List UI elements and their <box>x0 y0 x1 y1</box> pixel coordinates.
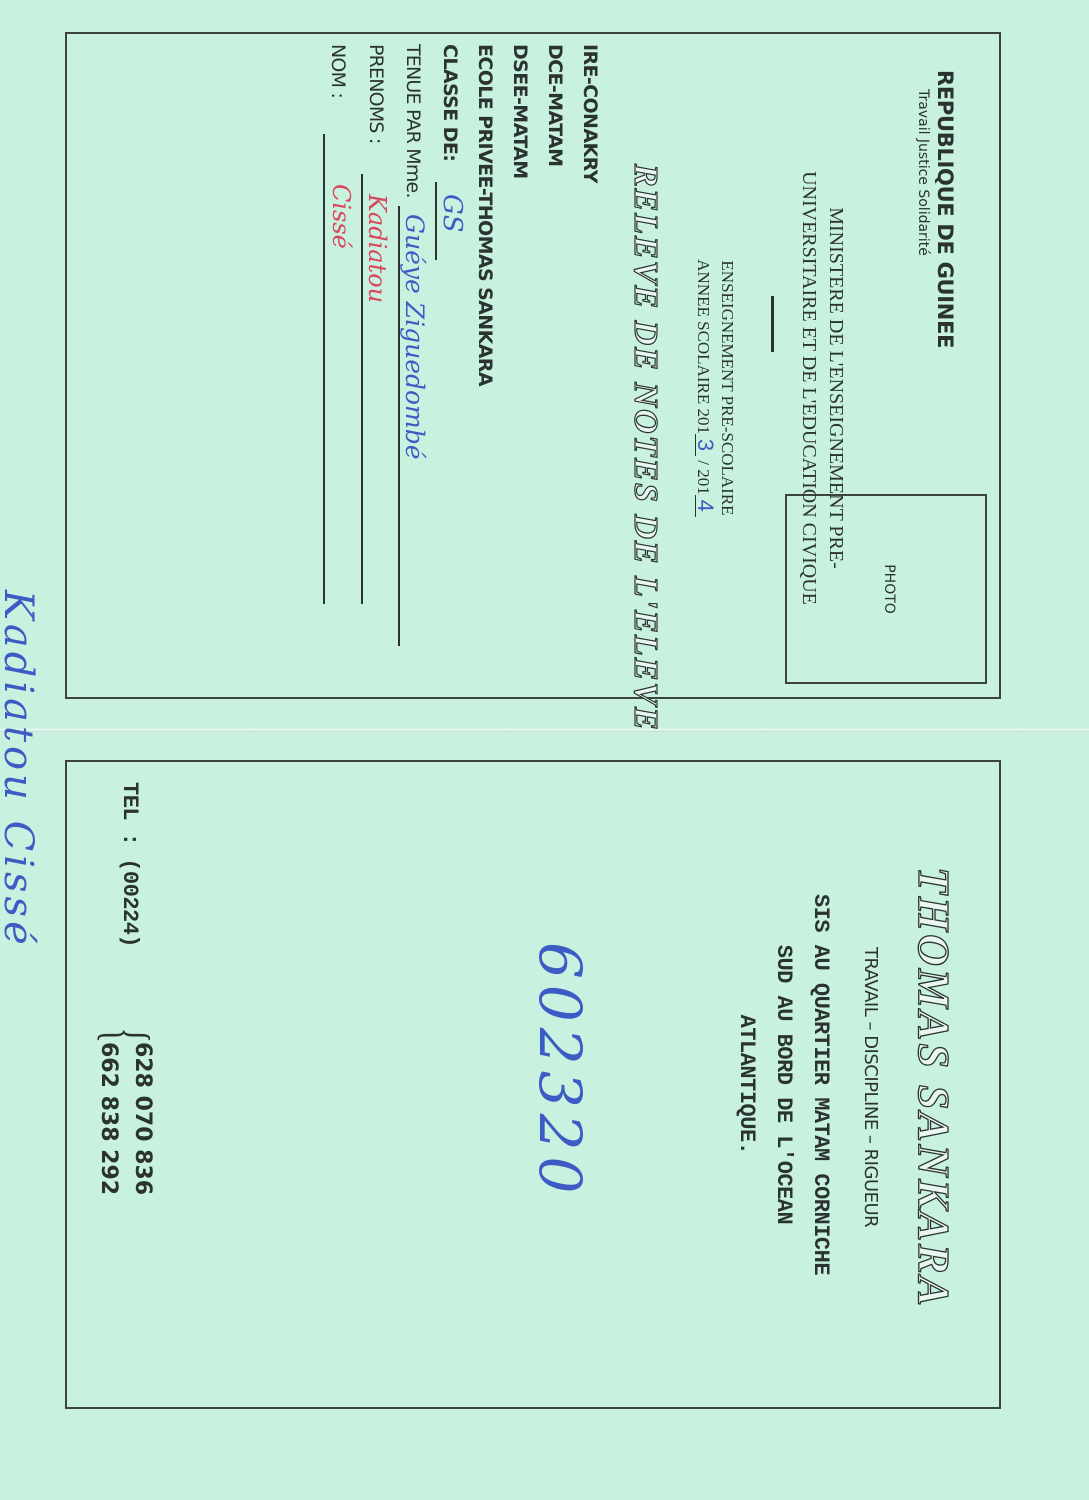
scanned-report-card: REPUBLIQUE DE GUINEE Travail Justice Sol… <box>0 0 1089 1500</box>
authority-dsee: DSEE-MATAM <box>509 44 531 179</box>
handwritten-code: 602320 <box>526 942 594 1199</box>
teaching-level-block: ENSEIGNEMENT PRE-SCOLAIRE ANNEE SCOLAIRE… <box>691 108 739 668</box>
address-line-1: SIS AU QUARTIER MATAM CORNICHE <box>802 772 839 1397</box>
address-line-2: SUD AU BORD DE L'OCEAN <box>765 772 802 1397</box>
school-address: SIS AU QUARTIER MATAM CORNICHE SUD AU BO… <box>728 772 839 1397</box>
ministry-line-2: UNIVERSITAIRE ET DE L'EDUCATION CIVIQUE <box>795 108 822 668</box>
class-label: CLASSE DE: <box>439 44 461 161</box>
teaching-level: ENSEIGNEMENT PRE-SCOLAIRE <box>715 108 739 668</box>
firstnames-value[interactable]: Kadiatou <box>363 194 391 303</box>
school-year-prefix: ANNEE SCOLAIRE 201 <box>694 259 713 434</box>
name-value[interactable]: Cissé <box>327 184 355 249</box>
handwritten-margin-name: Kadiatou Cissé <box>0 590 41 949</box>
school-year-mid: / 201 <box>694 456 713 495</box>
phone-number-1: 628 070 836 <box>130 1042 155 1195</box>
school-year: ANNEE SCOLAIRE 2013 / 2014 <box>691 108 715 668</box>
student-info-panel: REPUBLIQUE DE GUINEE Travail Justice Sol… <box>65 32 1001 699</box>
school-year-start-digit: 3 <box>695 434 714 456</box>
ministry-heading: MINISTERE DE L'ENSEIGNEMENT PRE- UNIVERS… <box>795 108 849 668</box>
phone-label: TEL : (00224) <box>117 782 142 947</box>
class-value[interactable]: GS <box>437 194 467 233</box>
phone-number-2: 662 838 292 <box>96 1042 121 1195</box>
national-motto: Travail Justice Solidarité <box>915 89 931 256</box>
name-label: NOM : <box>327 44 349 98</box>
teacher-label: TENUE PAR Mme. <box>402 44 424 198</box>
authority-dce: DCE-MATAM <box>544 44 566 166</box>
teacher-value[interactable]: Guéye Ziguedombé <box>400 214 429 460</box>
photo-label: PHOTO <box>881 496 897 682</box>
ministry-line-1: MINISTERE DE L'ENSEIGNEMENT PRE- <box>822 108 849 668</box>
report-title: RELEVE DE NOTES DE L'ELEVE <box>626 164 664 732</box>
brace-icon: { <box>95 1028 159 1043</box>
separator-rule <box>771 296 774 352</box>
school-year-end-digit: 4 <box>695 495 714 517</box>
fold-crease <box>0 728 1089 732</box>
address-line-3: ATLANTIQUE. <box>728 772 765 1397</box>
republic-heading: REPUBLIQUE DE GUINEE <box>933 70 957 348</box>
school-info-panel: THOMAS SANKARA TRAVAIL – DISCIPLINE – RI… <box>65 760 1001 1409</box>
school-title: THOMAS SANKARA <box>908 867 959 1309</box>
school-name-line: ECOLE PRIVEE-THOMAS SANKARA <box>474 44 496 386</box>
school-slogan: TRAVAIL – DISCIPLINE – RIGUEUR <box>860 947 881 1227</box>
firstnames-label: PRENOMS : <box>365 44 387 144</box>
authority-ire: IRE-CONAKRY <box>579 44 601 183</box>
name-underline <box>323 134 325 604</box>
